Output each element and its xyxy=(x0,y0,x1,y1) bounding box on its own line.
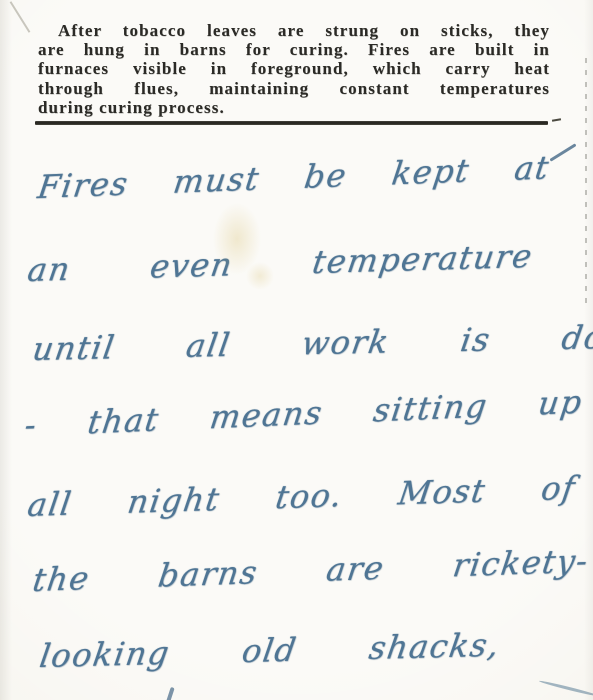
paper-stain xyxy=(246,262,274,290)
caption-line: through flues, maintaining constant temp… xyxy=(38,79,550,98)
handwritten-line: all night too. Most of xyxy=(25,469,578,524)
handwritten-line: - that means sitting up xyxy=(22,383,585,445)
printed-photo-caption: After tobacco leaves are strung on stick… xyxy=(38,21,550,117)
caption-line: After tobacco leaves are strung on stick… xyxy=(38,21,550,40)
handwritten-line: an even temperature xyxy=(25,237,535,289)
stray-ink-mark xyxy=(539,680,593,698)
handwritten-line: looking old shacks, xyxy=(37,626,503,675)
handwritten-line: until all work is do xyxy=(30,318,593,368)
page-crease xyxy=(10,1,31,33)
edge-perforation-marks xyxy=(585,58,587,303)
caption-divider-rule xyxy=(35,121,548,125)
stray-ink-mark xyxy=(549,143,576,161)
caption-line: are hung in barns for curing. Fires are … xyxy=(38,40,550,59)
stray-ink-mark xyxy=(165,687,174,700)
rule-end-dash xyxy=(552,118,561,122)
handwritten-line: Fires must be kept at xyxy=(35,148,552,206)
handwritten-line: the barns are rickety- xyxy=(30,541,591,599)
caption-line: furnaces visible in foreground, which ca… xyxy=(38,59,550,78)
postcard-scan: After tobacco leaves are strung on stick… xyxy=(0,0,593,700)
caption-line: during curing process. xyxy=(38,98,550,117)
